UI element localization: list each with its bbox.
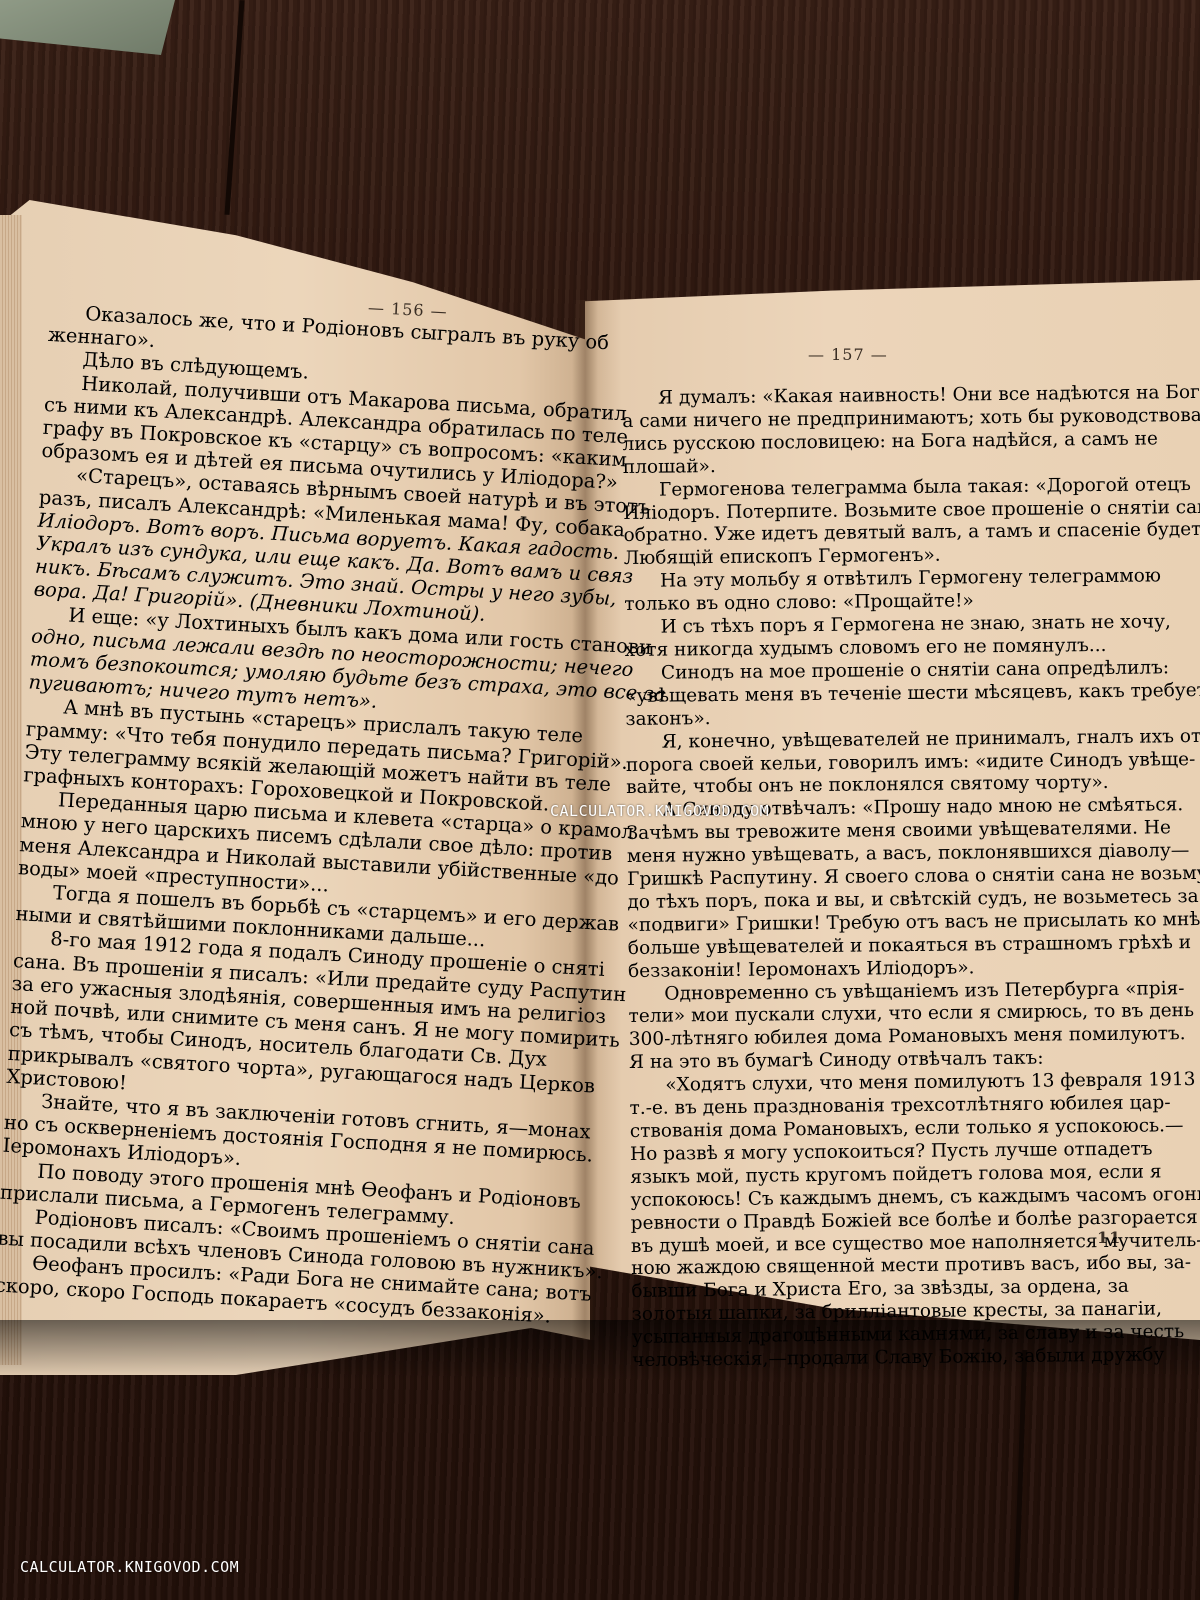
right-page-text: Я думалъ: «Какая наивность! Они все надѣ… xyxy=(622,383,1152,1373)
floorboard-gap xyxy=(225,0,245,215)
watermark-center: CALCULATOR.KNIGOVOD.COM xyxy=(550,802,769,820)
card-corner xyxy=(0,0,175,55)
floorboard-gap xyxy=(1014,1350,1028,1600)
right-page-number: — 157 — xyxy=(808,345,888,364)
watermark-bottom-left: CALCULATOR.KNIGOVOD.COM xyxy=(20,1558,239,1576)
left-page-text: Оказалось же, что и Родіоновъ сыгралъ въ… xyxy=(0,300,609,1327)
